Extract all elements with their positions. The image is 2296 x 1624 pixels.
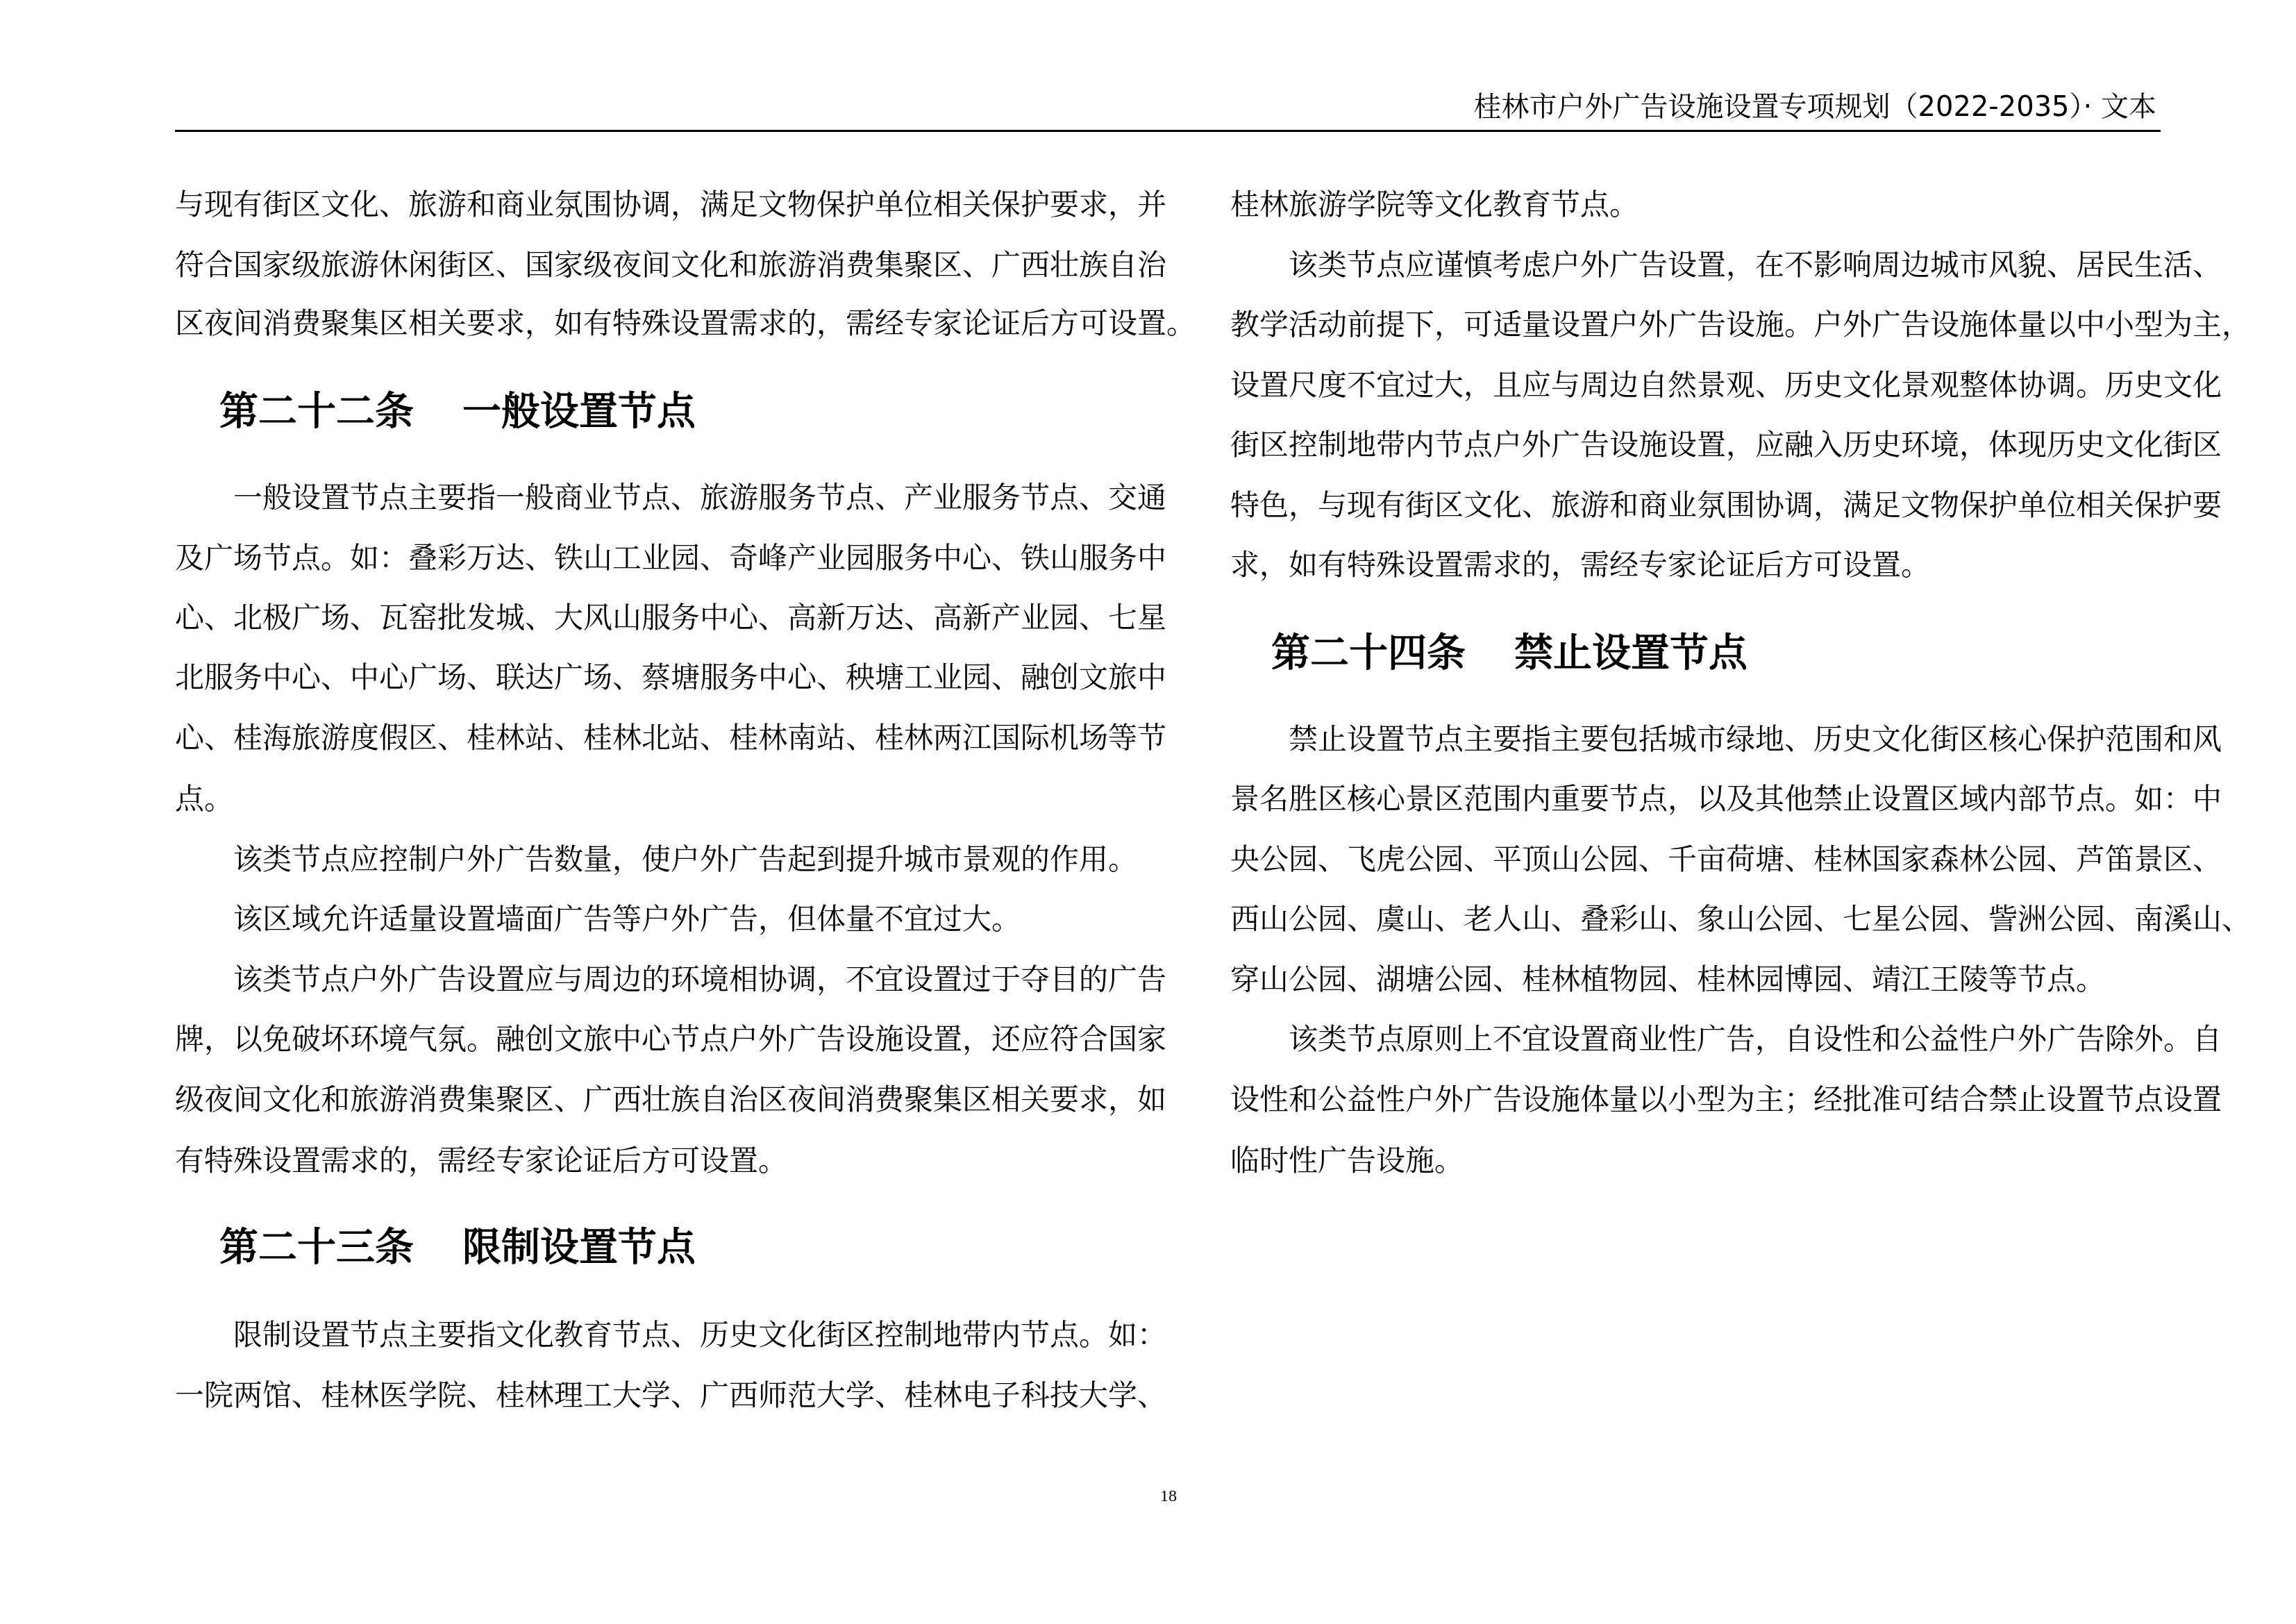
paragraph-line: 禁止设置节点主要指主要包括城市绿地、历史文化街区核心保护范围和风 <box>1230 719 2161 760</box>
paragraph-line: 教学活动前提下，可适量设置户外广告设施。户外广告设施体量以中小型为主， <box>1230 304 2161 346</box>
paragraph-line: 该类节点应谨慎考虑户外广告设置，在不影响周边城市风貌、居民生活、 <box>1230 244 2161 286</box>
article-number: 第二十三条 <box>219 1225 414 1270</box>
paragraph-line: 西山公园、虞山、老人山、叠彩山、象山公园、七星公园、訾洲公园、南溪山、 <box>1230 898 2161 940</box>
page-number: 18 <box>1155 1486 1182 1507</box>
paragraph-line: 街区控制地带内节点户外广告设施设置，应融入历史环境，体现历史文化街区 <box>1230 424 2161 466</box>
paragraph-line: 景名胜区核心景区范围内重要节点，以及其他禁止设置区域内部节点。如：中 <box>1230 778 2161 820</box>
paragraph-line: 有特殊设置需求的，需经专家论证后方可设置。 <box>175 1140 1108 1182</box>
paragraph-line: 心、桂海旅游度假区、桂林站、桂林北站、桂林南站、桂林两江国际机场等节 <box>175 717 1108 759</box>
paragraph-line: 级夜间文化和旅游消费集聚区、广西壮族自治区夜间消费聚集区相关要求，如 <box>175 1079 1108 1121</box>
paragraph-line: 牌，以免破坏环境气氛。融创文旅中心节点户外广告设施设置，还应符合国家 <box>175 1019 1108 1060</box>
paragraph-line: 设置尺度不宜过大，且应与周边自然景观、历史文化景观整体协调。历史文化 <box>1230 365 2161 406</box>
paragraph-line: 区夜间消费聚集区相关要求，如有特殊设置需求的，需经专家论证后方可设置。 <box>175 303 1108 344</box>
paragraph-line: 及广场节点。如：叠彩万达、铁山工业园、奇峰产业园服务中心、铁山服务中 <box>175 537 1108 579</box>
paragraph-line: 该类节点应控制户外广告数量，使户外广告起到提升城市景观的作用。 <box>175 839 1108 880</box>
article-24-heading: 第二十四条禁止设置节点 <box>1271 629 1748 678</box>
paragraph-line: 特色，与现有街区文化、旅游和商业氛围协调，满足文物保护单位相关保护要 <box>1230 485 2161 526</box>
paragraph-line: 求，如有特殊设置需求的，需经专家论证后方可设置。 <box>1230 544 2161 586</box>
paragraph-line: 符合国家级旅游休闲街区、国家级夜间文化和旅游消费集聚区、广西壮族自治 <box>175 244 1108 286</box>
paragraph-line: 该类节点原则上不宜设置商业性广告，自设性和公益性户外广告除外。自 <box>1230 1019 2161 1060</box>
running-header: 桂林市户外广告设施设置专项规划（2022-2035）· 文本 <box>1474 89 2156 125</box>
paragraph-line: 该类节点户外广告设置应与周边的环境相协调，不宜设置过于夺目的广告 <box>175 959 1108 1001</box>
article-22-heading: 第二十二条一般设置节点 <box>219 387 696 436</box>
article-23-heading: 第二十三条限制设置节点 <box>219 1223 696 1272</box>
paragraph-line: 央公园、飞虎公园、平顶山公园、千亩荷塘、桂林国家森林公园、芦笛景区、 <box>1230 839 2161 880</box>
paragraph-line: 心、北极广场、瓦窑批发城、大风山服务中心、高新万达、高新产业园、七星 <box>175 597 1108 639</box>
article-title: 一般设置节点 <box>462 389 696 434</box>
article-number: 第二十二条 <box>219 389 414 434</box>
article-title: 限制设置节点 <box>462 1225 696 1270</box>
paragraph-line: 穿山公园、湖塘公园、桂林植物园、桂林园博园、靖江王陵等节点。 <box>1230 959 2161 1001</box>
paragraph-line: 临时性广告设施。 <box>1230 1140 2161 1182</box>
paragraph-line: 一般设置节点主要指一般商业节点、旅游服务节点、产业服务节点、交通 <box>175 477 1108 519</box>
paragraph-line: 点。 <box>175 778 1108 820</box>
paragraph-line: 一院两馆、桂林医学院、桂林理工大学、广西师范大学、桂林电子科技大学、 <box>175 1375 1108 1416</box>
paragraph-line: 限制设置节点主要指文化教育节点、历史文化街区控制地带内节点。如： <box>175 1314 1108 1356</box>
paragraph-line: 桂林旅游学院等文化教育节点。 <box>1230 184 2161 226</box>
paragraph-line: 北服务中心、中心广场、联达广场、蔡塘服务中心、秧塘工业园、融创文旅中 <box>175 657 1108 698</box>
paragraph-line: 设性和公益性户外广告设施体量以小型为主；经批准可结合禁止设置节点设置 <box>1230 1079 2161 1121</box>
article-number: 第二十四条 <box>1271 630 1466 676</box>
paragraph-line: 该区域允许适量设置墙面广告等户外广告，但体量不宜过大。 <box>175 898 1108 940</box>
paragraph-line: 与现有街区文化、旅游和商业氛围协调，满足文物保护单位相关保护要求，并 <box>175 184 1108 226</box>
article-title: 禁止设置节点 <box>1514 630 1748 676</box>
header-rule <box>175 130 2161 132</box>
